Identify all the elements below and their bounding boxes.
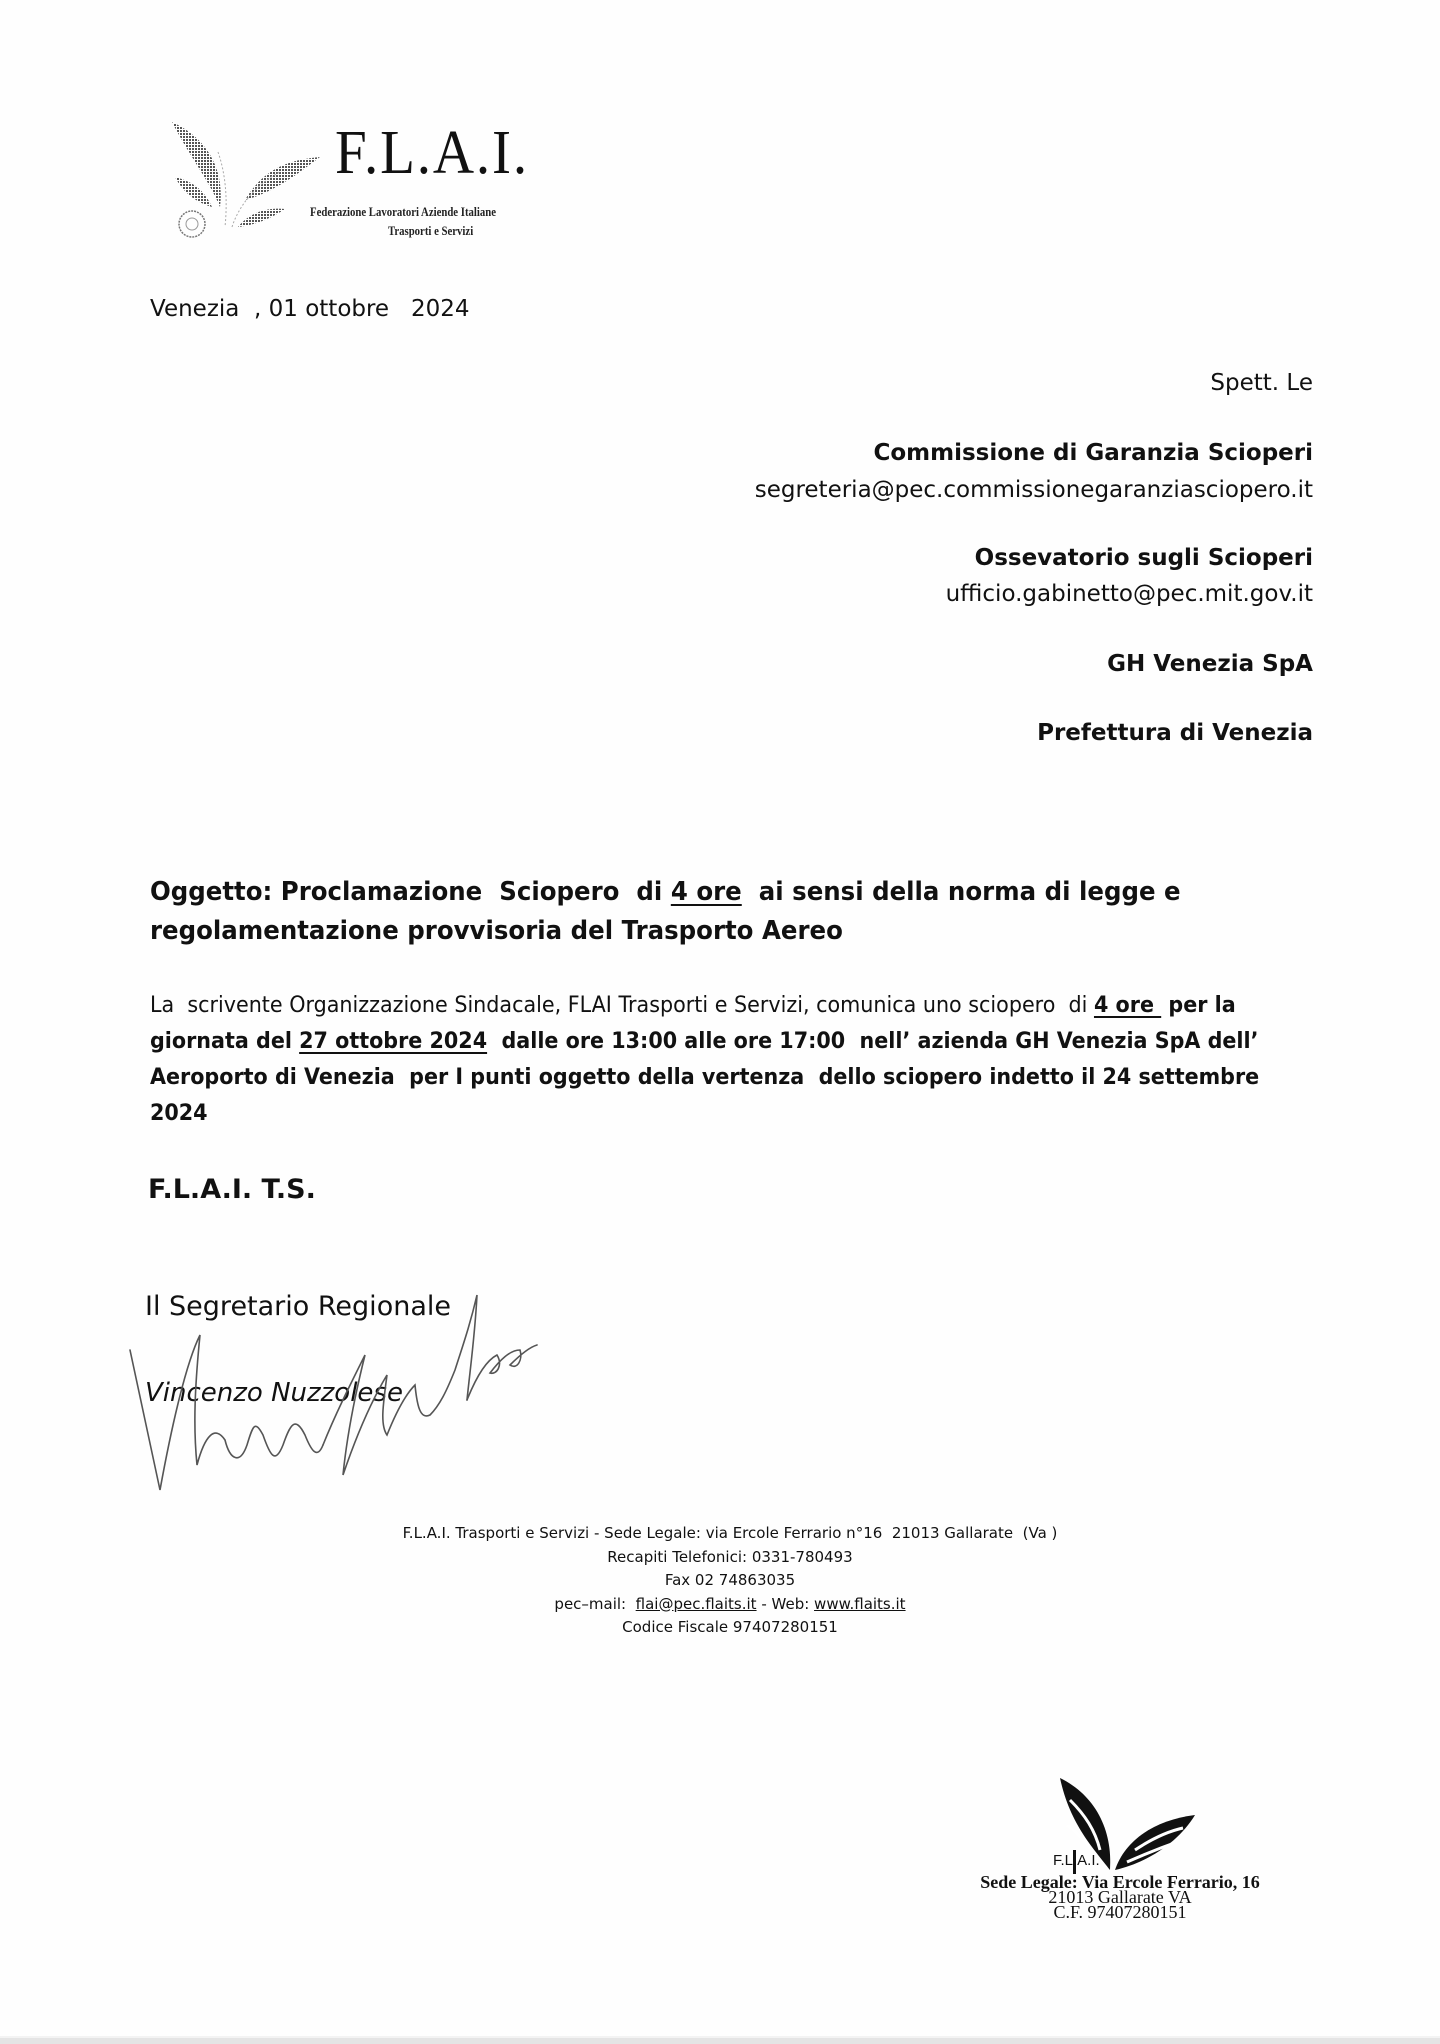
footer-contacts: pec–mail: flai@pec.flaits.it - Web: www.… [380,1593,1080,1617]
footer-fax: Fax 02 74863035 [380,1569,1080,1593]
salutation: Spett. Le [1210,370,1313,396]
body-intro: La scrivente Organizzazione Sindacale, F… [150,993,1094,1018]
website-link[interactable]: www.flaits.it [814,1595,906,1613]
subject-prefix: Oggetto: Proclamazione Sciopero di [150,877,671,907]
web-label: - Web: [757,1595,814,1613]
footer-tax-code: Codice Fiscale 97407280151 [380,1616,1080,1640]
letterhead-logo: F.L.A.I. Federazione Lavoratori Aziende … [150,112,530,247]
strike-date: 27 ottobre 2024 [299,1029,487,1054]
pec-label: pec–mail: [554,1595,635,1613]
stamp-address: Sede Legale: Via Ercole Ferrario, 16 210… [965,1875,1275,1920]
footer-phone: Recapiti Telefonici: 0331-780493 [380,1546,1080,1570]
leaves-stamp-icon [955,1770,1285,1880]
stamp-line-3: C.F. 97407280151 [965,1905,1275,1920]
recipient-name: GH Venezia SpA [1107,651,1313,677]
logo-subtitle: Federazione Lavoratori Aziende Italiane [310,205,496,220]
body-paragraph: La scrivente Organizzazione Sindacale, F… [150,988,1259,1132]
recipient-name: Ossevatorio sugli Scioperi [975,545,1313,571]
subject-duration: 4 ore [671,877,742,907]
handwritten-signature-icon [125,1275,565,1505]
recipient-name: Prefettura di Venezia [1037,720,1313,746]
logo-title: F.L.A.I. [335,118,529,189]
footer-address: F.L.A.I. Trasporti e Servizi - Sede Lega… [380,1522,1080,1546]
leaves-logo-icon [150,112,330,247]
recipient-name: Commissione di Garanzia Scioperi [873,440,1313,466]
page-bottom-edge [0,2036,1440,2044]
signature-organization: F.L.A.I. T.S. [148,1174,316,1205]
recipient-email[interactable]: segreteria@pec.commissionegaranziasciope… [755,477,1313,503]
letter-date: Venezia , 01 ottobre 2024 [150,296,470,322]
body-duration: 4 ore [1094,993,1161,1018]
recipient-email[interactable]: ufficio.gabinetto@pec.mit.gov.it [946,581,1313,607]
organization-stamp: F.L.A.I. Sede Legale: Via Ercole Ferrari… [955,1770,1285,1940]
stamp-brand: F.L.A.I. [1053,1852,1100,1869]
pec-email-link[interactable]: flai@pec.flaits.it [636,1595,757,1613]
letter-footer: F.L.A.I. Trasporti e Servizi - Sede Lega… [380,1522,1080,1640]
logo-subtitle-2: Trasporti e Servizi [388,224,473,239]
subject-line: Oggetto: Proclamazione Sciopero di 4 ore… [150,873,1184,951]
